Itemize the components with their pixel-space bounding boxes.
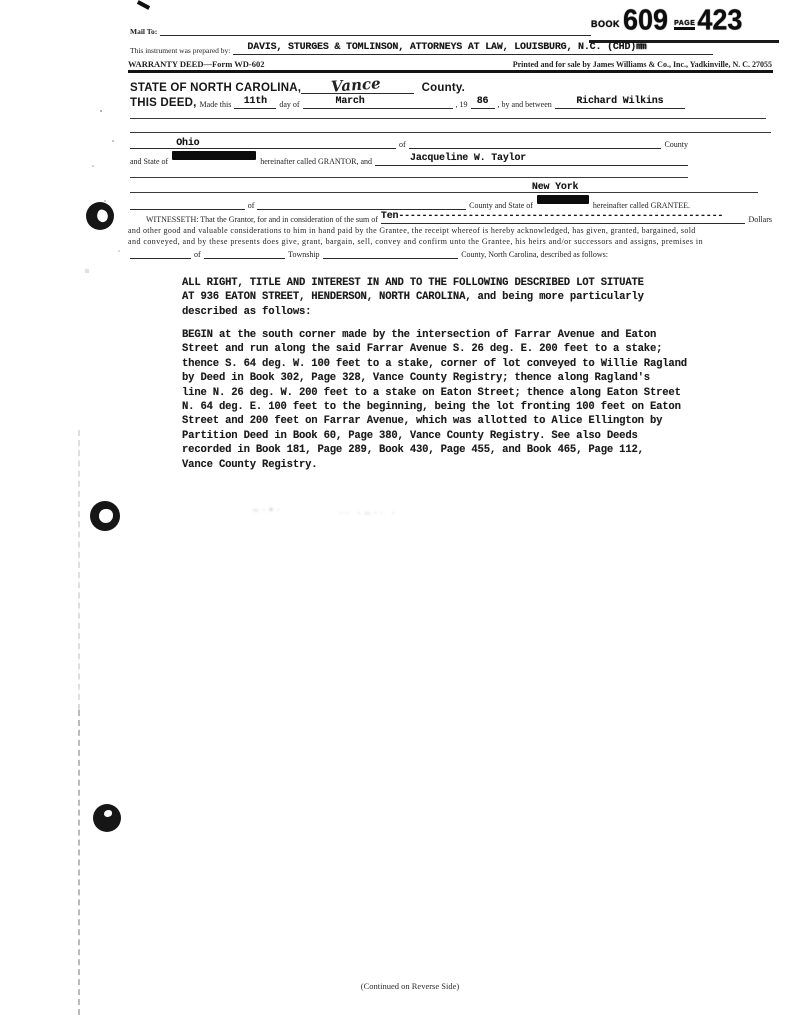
made-this-label: Made this: [197, 100, 235, 109]
header-rule: [128, 70, 773, 73]
redaction-bar: [172, 151, 256, 160]
blank-segment: [130, 148, 396, 149]
book-number: 609: [623, 8, 668, 31]
redacted-state: Ohio: [171, 148, 257, 166]
of-label: of: [191, 250, 204, 259]
grantor-name-value: Richard Wilkins: [576, 96, 663, 107]
of-label: of: [245, 201, 258, 210]
grantor-state-value: Ohio: [176, 138, 199, 149]
printer-info: Printed and for sale by James Williams &…: [510, 60, 772, 69]
book-page-stamp: BOOK 609 PAGE 423: [591, 9, 742, 31]
grantor-name-blank: Richard Wilkins: [555, 90, 685, 109]
witnesseth-line3: and conveyed, and by these presents does…: [128, 237, 703, 246]
page-label: PAGE: [674, 20, 695, 30]
punch-hole: [90, 501, 120, 531]
scan-speckles: [100, 110, 102, 112]
day-of-label: day of: [276, 100, 302, 109]
month-blank-extension: [398, 108, 453, 109]
punch-hole-highlight: [104, 810, 112, 817]
property-description-paragraph: BEGIN at the south corner made by the in…: [182, 328, 697, 472]
continued-note: (Continued on Reverse Side): [290, 981, 530, 991]
book-label: BOOK: [591, 19, 620, 29]
amount-value: Ten-------------------------------------…: [381, 211, 723, 222]
township-suffix-label: County, North Carolina, described as fol…: [458, 250, 608, 259]
between-label: , by and between: [495, 100, 555, 109]
punch-hole: [93, 804, 121, 832]
punch-hole-highlight: [95, 209, 109, 224]
scan-scratch-line: [78, 710, 80, 1015]
blank-segment: [323, 258, 459, 259]
prepared-by-ink-blot: mm: [636, 42, 645, 53]
amount-blank: Ten-------------------------------------…: [381, 205, 746, 224]
blank-segment: [204, 258, 285, 259]
dollars-label: Dollars: [745, 215, 772, 224]
scan-scratch-line: [78, 430, 80, 710]
faint-smudge: ~·•·: [252, 506, 283, 516]
grantee-state-value: New York: [532, 182, 578, 193]
blank-line: [130, 192, 758, 193]
and-state-of-label: and State of: [130, 157, 171, 166]
witnesseth-row: WITNESSETH: That the Grantor, for and in…: [146, 211, 772, 224]
grantor-state-row: and State of Ohio hereinafter called GRA…: [130, 153, 688, 166]
day-blank: 11th: [234, 90, 276, 109]
blank-line: [130, 177, 688, 178]
blank-line: [130, 118, 766, 119]
prepared-by-blank: DAVIS, STURGES & TOMLINSON, ATTORNEYS AT…: [233, 36, 713, 55]
witnesseth-line1: WITNESSETH: That the Grantor, for and in…: [146, 215, 381, 224]
year-prefix-label: , 19: [453, 100, 471, 109]
warranty-deed-scanned-page: BOOK 609 PAGE 423 Mail To: This instrume…: [0, 0, 791, 1024]
witnesseth-line2-row: and other good and valuable consideratio…: [128, 224, 772, 235]
deed-date-row: THIS DEED, Made this 11th day of March ,…: [130, 93, 685, 109]
township-row: of Township County, North Carolina, desc…: [130, 248, 608, 259]
deed-label: THIS DEED,: [130, 97, 197, 109]
blank-line: [130, 132, 771, 133]
form-name: WARRANTY DEED—Form WD-602: [128, 59, 267, 69]
prepared-by-row: This instrument was prepared by: DAVIS, …: [130, 40, 713, 55]
blank-segment: [130, 258, 191, 259]
township-label: Township: [285, 250, 322, 259]
punch-hole: [86, 202, 114, 230]
page-number: 423: [697, 8, 742, 31]
grantee-name-value: Jacqueline W. Taylor: [410, 153, 526, 164]
property-title-paragraph: ALL RIGHT, TITLE AND INTEREST IN AND TO …: [182, 276, 692, 319]
year-value: 86: [477, 96, 489, 107]
punch-hole-highlight: [99, 509, 113, 523]
year-blank: 86: [471, 90, 495, 109]
blank-segment: [130, 209, 245, 210]
redaction-bar: [537, 195, 589, 204]
mail-to-label: Mail To:: [130, 27, 160, 36]
month-blank: March: [303, 90, 398, 109]
grantee-name-blank: Jacqueline W. Taylor: [375, 147, 688, 166]
grantor-suffix-label: hereinafter called GRANTOR, and: [257, 157, 375, 166]
state-county-row: STATE OF NORTH CAROLINA, Vance County.: [130, 77, 465, 94]
prepared-by-value: DAVIS, STURGES & TOMLINSON, ATTORNEYS AT…: [247, 42, 636, 53]
mail-to-row: Mail To:: [130, 24, 591, 36]
witnesseth-line3-row: and conveyed, and by these presents does…: [128, 235, 772, 246]
witnesseth-line2: and other good and valuable consideratio…: [128, 226, 696, 235]
form-title-row: WARRANTY DEED—Form WD-602 Printed and fo…: [128, 57, 772, 69]
month-value: March: [336, 96, 365, 107]
day-value: 11th: [244, 96, 267, 107]
prepared-by-label: This instrument was prepared by:: [130, 46, 233, 55]
scan-artifact-mark: [137, 0, 150, 10]
faint-smudge: ·· ·~·· ·: [340, 509, 397, 519]
